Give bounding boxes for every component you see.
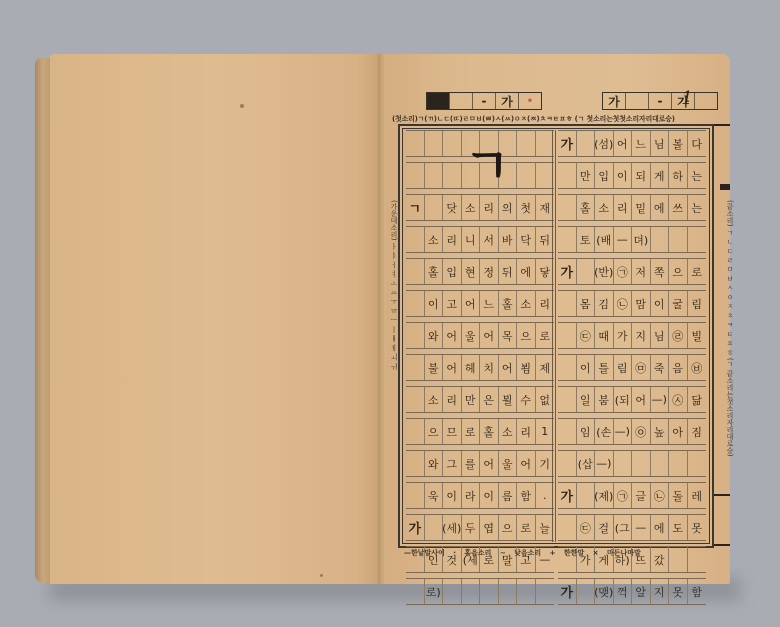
grid-cell: 꺽 (614, 579, 633, 604)
header-cell: 가 (603, 93, 626, 109)
grid-row: 몸김㉡맘이굴림 (558, 290, 706, 317)
grid-row: 토(배—뎌) (558, 226, 706, 253)
grid-cell: 함 (688, 579, 707, 604)
grid-cell: 입 (443, 259, 462, 284)
grid-cell: 게 (651, 163, 670, 188)
grid-cell: 니 (462, 227, 481, 252)
grid-cell: 치 (480, 355, 499, 380)
grid-cell: 홀 (499, 291, 518, 316)
grid-cell: 두 (462, 515, 481, 540)
grid-cell: 이 (651, 291, 670, 316)
grid-cell: 하 (669, 163, 688, 188)
grid-cell: 맘 (632, 291, 651, 316)
grid-cell: ㉥ (688, 355, 707, 380)
grid-cell: 가 (558, 483, 577, 508)
grid-cell: 울 (462, 323, 481, 348)
page-number: 1 (676, 88, 698, 110)
grid-cell: 목 (499, 323, 518, 348)
header-box-2: 가 - 가 (602, 92, 718, 110)
grid-cell: 홀 (480, 419, 499, 444)
grid-cell: 뎌) (632, 227, 651, 252)
grid-cell: 고 (443, 291, 462, 316)
grid-cell: 소 (499, 419, 518, 444)
margin-tick (720, 184, 730, 190)
grid-cell: 울 (499, 451, 518, 476)
grid-cell: ㉡ (651, 483, 670, 508)
consonant-legend: (첫소리)ㄱ(ㄲ)ㄴㄷ(ㄸ)ㄹㅁㅂ(ㅃ)ㅅ(ㅆ)ㅇㅈ(ㅉ)ㅊㅋㅌㅍㅎ (ㄱ 첫소… (392, 114, 702, 124)
grid-cell: 때 (595, 323, 614, 348)
grid-cell (462, 579, 481, 604)
grid-cell: 만 (577, 163, 596, 188)
grid-cell: 는 (688, 163, 707, 188)
grid-row: 임(손—)㉧높아짐 (558, 418, 706, 445)
grid-cell (517, 131, 536, 156)
grid-cell: 뵘 (517, 355, 536, 380)
grid-cell: 가 (558, 259, 577, 284)
grid-cell: 이 (480, 483, 499, 508)
grid-cell: 엽 (480, 515, 499, 540)
grid-cell (406, 259, 425, 284)
grid-cell: 리 (517, 419, 536, 444)
grid-cell: 틀 (595, 355, 614, 380)
grid-row: 가(반)㉠저쪽으로 (558, 258, 706, 285)
grid-cell (406, 483, 425, 508)
grid-cell: 이 (443, 483, 462, 508)
grid-cell: 소 (462, 195, 481, 220)
grid-cell: 가 (406, 515, 425, 540)
grid-cell: ㉡ (614, 291, 633, 316)
grid-cell: 닮 (688, 387, 707, 412)
grid-cell (558, 515, 577, 540)
grid-cell: 와 (425, 451, 444, 476)
header-cell: - (649, 93, 672, 109)
grid-cell: 홀 (577, 195, 596, 220)
grid-cell: ㉤ (632, 355, 651, 380)
grid-cell (425, 131, 444, 156)
grid-cell: 에 (651, 195, 670, 220)
grid-cell: 와 (425, 323, 444, 348)
margin-tick (714, 494, 730, 496)
grid-cell: — (632, 515, 651, 540)
grid-cell (577, 483, 596, 508)
grid-cell: 수 (517, 387, 536, 412)
margin-tick (714, 124, 730, 126)
grid-cell: 몸 (577, 291, 596, 316)
grid-cell (688, 547, 707, 572)
grid-cell: 이 (614, 163, 633, 188)
grid-cell: 림 (614, 355, 633, 380)
grid-cell (558, 323, 577, 348)
grid-cell: 볼 (669, 131, 688, 156)
grid-cell: 지 (632, 323, 651, 348)
grid-cell: (배 (595, 227, 614, 252)
grid-cell: 쪽 (651, 259, 670, 284)
grid-cell: ㉣ (669, 323, 688, 348)
grid-cell: 라 (462, 483, 481, 508)
grid-cell (558, 227, 577, 252)
grid-column-right: 가(섬)어느님볼다만입이되게하는홀소리밑에쓰는토(배—뎌)가(반)㉠저쪽으로몸김… (558, 130, 706, 542)
grid-cell: 갔 (651, 547, 670, 572)
grid-cell (406, 291, 425, 316)
grid-cell: 글 (632, 483, 651, 508)
grid-cell: 님 (651, 323, 670, 348)
grid-cell: (손 (595, 419, 614, 444)
grid-cell: 님 (651, 131, 670, 156)
grid-row: 만입이되게하는 (558, 162, 706, 189)
grid-cell: 다 (688, 131, 707, 156)
grid-cell: 으 (669, 259, 688, 284)
grid-row: 가(맺)꺽알지못함 (558, 578, 706, 605)
grid-cell: 욱 (425, 483, 444, 508)
grid-cell (406, 419, 425, 444)
grid-row: 가(섬)어느님볼다 (558, 130, 706, 157)
grid-cell: 어 (614, 131, 633, 156)
grid-column-left: ㄱ닷소리의첫재소리니서바닥뒤홀입현정뒤에닿이고어느홀소리와어울어목으로불어헤치어… (406, 130, 554, 542)
grid-cell: 입 (595, 163, 614, 188)
grid-row: 로) (406, 578, 554, 605)
grid-cell: (섬) (595, 131, 614, 156)
grid-row: 홀소리밑에쓰는 (558, 194, 706, 221)
grid-cell (406, 323, 425, 348)
grid-cell: —) (614, 419, 633, 444)
grid-cell: 음 (669, 355, 688, 380)
grid-cell: 으 (517, 323, 536, 348)
grid-cell: 죽 (651, 355, 670, 380)
grid-cell: 돌 (669, 483, 688, 508)
grid-cell: 헤 (462, 355, 481, 380)
right-page: ■ - 가 • 가 - 가 1 (첫소리)ㄱ(ㄲ)ㄴㄷ(ㄸ)ㄹㅁㅂ(ㅃ)ㅅ(ㅆ)… (386, 54, 730, 584)
grid-cell (558, 355, 577, 380)
grid-cell: 바 (499, 227, 518, 252)
grid-cell: 닥 (517, 227, 536, 252)
grid-cell: 알 (632, 579, 651, 604)
grid-cell: 어 (462, 291, 481, 316)
grid-row: 이고어느홀소리 (406, 290, 554, 317)
grid-cell: 리 (480, 195, 499, 220)
grid-cell: (반) (595, 259, 614, 284)
grid-cell (480, 579, 499, 604)
grid-cell (577, 131, 596, 156)
grid-cell: 그 (443, 451, 462, 476)
grid-cell: 느 (480, 291, 499, 316)
grid-cell: 아 (669, 419, 688, 444)
grid-cell: 정 (480, 259, 499, 284)
grid-row: 소리만은뵐수없 (406, 386, 554, 413)
grid-cell: 뒤 (499, 259, 518, 284)
final-consonant-legend: (끝소리) ㄱ ㄴ ㄷ ㄹ ㅁ ㅂ ㅅ ㅇ ㅈ ㅊ ㅋ ㅌ ㅍ ㅎ (ㄱ 끝소리… (726, 200, 735, 457)
grid-cell: 닷 (443, 195, 462, 220)
grid-cell (406, 163, 425, 188)
grid-cell: (되 (614, 387, 633, 412)
grid-cell: —) (651, 387, 670, 412)
grid-cell: (맺) (595, 579, 614, 604)
grid-cell: 붐 (595, 387, 614, 412)
grid-cell (443, 163, 462, 188)
grid-cell (558, 291, 577, 316)
grid-cell (614, 451, 633, 476)
grid-cell (499, 579, 518, 604)
grid-cell: 현 (462, 259, 481, 284)
grid-cell: 못 (688, 515, 707, 540)
grid-cell: ㉦ (669, 387, 688, 412)
grid-cell: 지 (651, 579, 670, 604)
grid-cell (632, 451, 651, 476)
grid-row: 욱이라이름함. (406, 482, 554, 509)
grid-cell: 어 (517, 451, 536, 476)
grid-cell: 름 (499, 483, 518, 508)
grid-cell: 굴 (669, 291, 688, 316)
header-cell: 가 (496, 93, 519, 109)
grid-cell: ㉧ (632, 419, 651, 444)
grid-cell (406, 227, 425, 252)
page-header: ■ - 가 • 가 - 가 (426, 91, 718, 111)
grid-cell: 되 (632, 163, 651, 188)
grid-cell: 어 (499, 355, 518, 380)
grid-cell (558, 163, 577, 188)
grid-cell: (삽 (577, 451, 596, 476)
grid-cell: ㉠ (614, 483, 633, 508)
grid-cell: 는 (688, 195, 707, 220)
grid-cell (558, 419, 577, 444)
grid-cell: 로 (688, 259, 707, 284)
grid-cell: (그 (614, 515, 633, 540)
grid-cell (425, 163, 444, 188)
paper-spot (240, 104, 244, 108)
grid-cell (517, 579, 536, 604)
grid-cell (577, 579, 596, 604)
grid-cell: 쓰 (669, 195, 688, 220)
grid-cell: 소 (425, 227, 444, 252)
grid-cell: 서 (480, 227, 499, 252)
grid-cell (517, 163, 536, 188)
grid-cell (688, 227, 707, 252)
grid-cell: 저 (632, 259, 651, 284)
grid-cell (688, 451, 707, 476)
grid-cell: ㉢ (577, 323, 596, 348)
grid-cell: ㉢ (577, 515, 596, 540)
grid-cell: 이 (425, 291, 444, 316)
grid-row: ㄱ닷소리의첫재 (406, 194, 554, 221)
grid-cell: (세) (443, 515, 462, 540)
grid-cell: 어 (443, 323, 462, 348)
grid-cell (425, 515, 444, 540)
grid-cell: 홀 (425, 259, 444, 284)
grid-cell: 밑 (632, 195, 651, 220)
grid-cell (669, 547, 688, 572)
grid-cell (558, 387, 577, 412)
grid-cell: 임 (577, 419, 596, 444)
vowel-legend: (가운데소리) ㅏ ㅑ ㅓ ㅕ ㅗ ㅛ ㅜ ㅠ ㅡ ㅣ ㅐ ㅔ ㅚ ㅟ (390, 200, 399, 370)
grid-cell (406, 579, 425, 604)
grid-cell: — (614, 227, 633, 252)
grid-row: 이틀림㉤죽음㉥ (558, 354, 706, 381)
grid-cell: 리 (443, 227, 462, 252)
header-cell: - (473, 93, 496, 109)
grid-cell: ㉠ (614, 259, 633, 284)
column-divider (552, 130, 556, 542)
grid-cell (651, 227, 670, 252)
grid-cell: (제) (595, 483, 614, 508)
grid-cell: 토 (577, 227, 596, 252)
grid-cell: 불 (425, 355, 444, 380)
grid-row: 가(세)두엽으로늘 (406, 514, 554, 541)
grid-cell: 리 (443, 387, 462, 412)
grid-cell: 만 (462, 387, 481, 412)
grid-cell (425, 195, 444, 220)
grid-row: 불어헤치어뵘제 (406, 354, 554, 381)
grid-cell: 도 (669, 515, 688, 540)
page-footer: —한낱말사이 · 홀음소리 ~ 낮음소리 + 한한말 × 마든나마말 (404, 548, 641, 558)
grid-cell: 일 (577, 387, 596, 412)
header-box-1: ■ - 가 • (426, 92, 542, 110)
grid-cell (669, 227, 688, 252)
grid-cell (558, 195, 577, 220)
grid-cell: 소 (595, 195, 614, 220)
grid-row: 가(제)㉠글㉡돌레 (558, 482, 706, 509)
grid-cell: 에 (651, 515, 670, 540)
header-cell (695, 93, 717, 109)
grid-cell: 의 (499, 195, 518, 220)
grid-cell: 소 (425, 387, 444, 412)
grid-row: 으므로홀소리1 (406, 418, 554, 445)
grid-row: 소리니서바닥뒤 (406, 226, 554, 253)
grid-cell: 첫 (517, 195, 536, 220)
grid-cell: 림 (688, 291, 707, 316)
grid-cell (651, 451, 670, 476)
grid-cell: 어 (480, 451, 499, 476)
grid-cell: 으 (425, 419, 444, 444)
grid-cell: 로 (517, 515, 536, 540)
left-page-blank (50, 54, 383, 584)
grid-cell: 에 (517, 259, 536, 284)
grid-row: 홀입현정뒤에닿 (406, 258, 554, 285)
grid-cell: 느 (632, 131, 651, 156)
paper-spot (320, 574, 323, 577)
grid-cell: 로 (462, 419, 481, 444)
grid-cell: 므 (443, 419, 462, 444)
grid-cell: 함 (517, 483, 536, 508)
grid-row: 와그를어울어기 (406, 450, 554, 477)
grid-cell: 은 (480, 387, 499, 412)
grid-cell: 레 (688, 483, 707, 508)
grid-cell: 이 (577, 355, 596, 380)
grid-cell: 어 (632, 387, 651, 412)
grid-cell (558, 451, 577, 476)
header-cell: ■ (427, 93, 450, 109)
grid-cell: 빌 (688, 323, 707, 348)
grid-cell: 김 (595, 291, 614, 316)
grid-cell (443, 131, 462, 156)
header-cell (626, 93, 649, 109)
writing-grid-frame: (가운데소리) ㅏ ㅑ ㅓ ㅕ ㅗ ㅛ ㅜ ㅠ ㅡ ㅣ ㅐ ㅔ ㅚ ㅟ (끝소리… (398, 124, 714, 548)
grid-cell: 소 (517, 291, 536, 316)
grid-cell: 짐 (688, 419, 707, 444)
grid-cell: 가 (558, 579, 577, 604)
grid-cell: ㄱ (406, 195, 425, 220)
grid-row: (삽—) (558, 450, 706, 477)
grid-cell: 리 (614, 195, 633, 220)
grid-cell (406, 387, 425, 412)
grid-cell: 로) (425, 579, 444, 604)
grid-cell: 가 (558, 131, 577, 156)
grid-cell (406, 451, 425, 476)
margin-tick (714, 544, 730, 546)
grid-cell (536, 579, 555, 604)
grid-cell: 걸 (595, 515, 614, 540)
grid-cell: 뵐 (499, 387, 518, 412)
grid-row: 와어울어목으로 (406, 322, 554, 349)
big-letter-giyeok: ㄱ (464, 142, 510, 190)
grid-cell: —) (595, 451, 614, 476)
grid-row: 일붐(되어—)㉦닮 (558, 386, 706, 413)
grid-cell: 가 (614, 323, 633, 348)
grid-cell (443, 579, 462, 604)
grid-cell: 높 (651, 419, 670, 444)
grid-cell (406, 355, 425, 380)
grid-cell (669, 451, 688, 476)
header-cell (450, 93, 473, 109)
grid-cell (406, 131, 425, 156)
grid-row: ㉢때가지님㉣빌 (558, 322, 706, 349)
grid-row: ㉢걸(그—에도못 (558, 514, 706, 541)
red-dot-icon: • (519, 93, 541, 109)
grid-cell (577, 259, 596, 284)
grid-cell: 못 (669, 579, 688, 604)
grid-cell: 어 (480, 323, 499, 348)
grid-cell: 를 (462, 451, 481, 476)
grid-cell: 으 (499, 515, 518, 540)
grid-cell: 어 (443, 355, 462, 380)
